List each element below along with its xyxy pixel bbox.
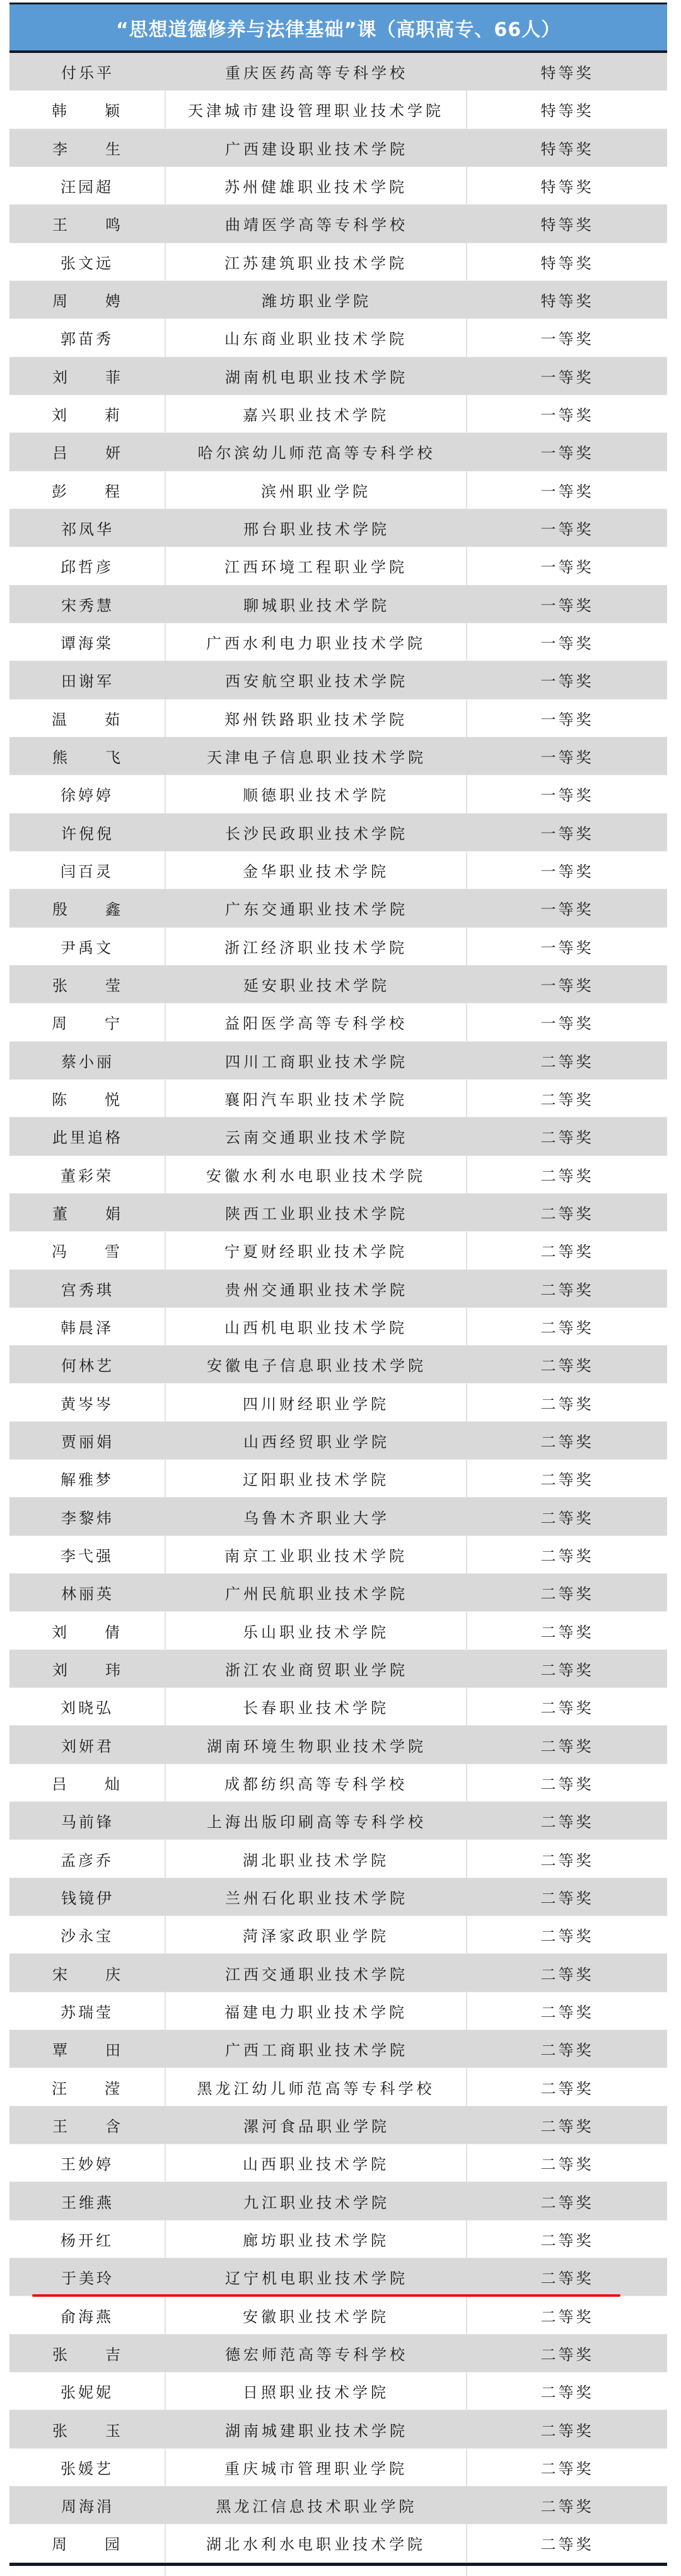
table-row: 徐婷婷顺德职业技术学院一等奖 (9, 775, 667, 813)
table-row: 李 生广西建设职业技术学院特等奖 (9, 129, 667, 167)
winner-name: 刘 玮 (9, 1650, 166, 1687)
award-level: 一等奖 (467, 357, 667, 395)
award-level: 二等奖 (467, 1916, 667, 1953)
award-level: 二等奖 (467, 1156, 667, 1193)
award-level: 二等奖 (467, 2296, 667, 2333)
winner-name: 殷 鑫 (9, 889, 166, 927)
school-name: 安徽水利水电职业技术学院 (166, 1156, 467, 1193)
award-level: 二等奖 (467, 1840, 667, 1877)
award-level: 二等奖 (467, 2335, 667, 2372)
award-level: 特等奖 (467, 91, 667, 128)
school-name: 浙江农业商贸职业学院 (166, 1650, 467, 1687)
school-name: 金华职业技术学院 (166, 852, 467, 889)
award-level: 一等奖 (467, 814, 667, 851)
school-name: 哈尔滨幼儿师范高等专科学校 (166, 433, 467, 470)
school-name: 长沙民政职业技术学院 (166, 814, 467, 851)
table-row: 宋 庆江西交通职业技术学院二等奖 (9, 1954, 667, 1992)
winner-name: 李弋强 (9, 1536, 166, 1573)
winner-name: 汪 滢 (9, 2068, 166, 2105)
winner-name: 张妮妮 (9, 2372, 166, 2410)
table-row: 于美玲辽宁机电职业技术学院二等奖 (9, 2258, 667, 2296)
winner-name: 杨开红 (9, 2221, 166, 2258)
award-level: 二等奖 (467, 1726, 667, 1763)
table-row: 田谢军西安航空职业技术学院一等奖 (9, 661, 667, 699)
school-name: 廊坊职业技术学院 (166, 2221, 467, 2258)
winner-name: 苏瑞莹 (9, 1992, 166, 2030)
table-row: 解雅梦辽阳职业技术学院二等奖 (9, 1460, 667, 1498)
winner-name: 彭 程 (9, 471, 166, 509)
table-title-text: “思想道德修养与法律基础”课（高职高专、66人） (116, 14, 561, 42)
table-row: 马前锋上海出版印刷高等专科学校二等奖 (9, 1802, 667, 1840)
school-name: 九江职业技术学院 (166, 2182, 467, 2219)
school-name: 德宏师范高等专科学校 (166, 2335, 467, 2372)
table-row: 董彩荣安徽水利水电职业技术学院二等奖 (9, 1156, 667, 1194)
winner-name: 祁凤华 (9, 509, 166, 546)
winner-name: 刘 菲 (9, 357, 166, 395)
table-row: 汪园超苏州健雄职业技术学院特等奖 (9, 167, 667, 205)
winner-name: 吕 灿 (9, 1764, 166, 1801)
school-name: 安徽电子信息职业技术学院 (166, 1346, 467, 1383)
award-level: 一等奖 (467, 852, 667, 889)
school-name: 菏泽家政职业学院 (166, 1916, 467, 1953)
winner-name: 解雅梦 (9, 1460, 166, 1497)
table-row: 尹禹文浙江经济职业技术学院一等奖 (9, 928, 667, 966)
winner-name: 周 园 (9, 2524, 166, 2562)
award-level: 二等奖 (467, 1574, 667, 1611)
award-level: 特等奖 (467, 53, 667, 90)
table-row: 吕 妍哈尔滨幼儿师范高等专科学校一等奖 (9, 433, 667, 471)
award-level: 二等奖 (467, 1383, 667, 1421)
school-name: 日照职业技术学院 (166, 2372, 467, 2410)
award-level: 二等奖 (467, 1460, 667, 1497)
winner-name: 谭海棠 (9, 623, 166, 661)
table-row: 刘 莉嘉兴职业技术学院一等奖 (9, 395, 667, 433)
school-name: 四川财经职业学院 (166, 1383, 467, 1421)
winner-name: 张 吉 (9, 2335, 166, 2372)
table-row: 李弋强南京工业职业技术学院二等奖 (9, 1536, 667, 1574)
school-name: 聊城职业技术学院 (166, 586, 467, 623)
winner-name: 王维燕 (9, 2182, 166, 2219)
school-name: 江西环境工程职业学院 (166, 547, 467, 584)
winner-name: 陈 悦 (9, 1080, 166, 1117)
award-level: 二等奖 (467, 1612, 667, 1649)
school-name: 漯河食品职业学院 (166, 2106, 467, 2144)
winner-name: 覃 田 (9, 2030, 166, 2067)
award-level: 特等奖 (467, 167, 667, 204)
winner-name: 许倪倪 (9, 814, 166, 851)
award-level: 二等奖 (467, 2144, 667, 2181)
winner-name: 邱哲彦 (9, 547, 166, 584)
table-row: 周 园湖北水利水电职业技术学院二等奖 (9, 2524, 667, 2562)
table-row: 此里追格云南交通职业技术学院二等奖 (9, 1118, 667, 1155)
table-row: 王 含漯河食品职业学院二等奖 (9, 2106, 667, 2144)
table-row: 钱镜伊兰州石化职业技术学院二等奖 (9, 1878, 667, 1916)
winner-name: 沙永宝 (9, 1916, 166, 1953)
winner-name: 董彩荣 (9, 1156, 166, 1193)
school-name: 福建电力职业技术学院 (166, 1992, 467, 2030)
school-name: 江苏建筑职业技术学院 (166, 243, 467, 280)
winner-name: 俞海燕 (9, 2296, 166, 2333)
award-level: 二等奖 (467, 2030, 667, 2067)
winner-name: 黄岑岑 (9, 1383, 166, 1421)
winner-name: 王 含 (9, 2106, 166, 2144)
table-row: 王 鸣曲靖医学高等专科学校特等奖 (9, 205, 667, 243)
school-name: 广州民航职业技术学院 (166, 1574, 467, 1611)
winner-name: 张 莹 (9, 966, 166, 1003)
winner-name: 王妙婷 (9, 2144, 166, 2181)
school-name: 云南交通职业技术学院 (166, 1118, 467, 1155)
award-level: 二等奖 (467, 2106, 667, 2144)
winner-name: 徐婷婷 (9, 775, 166, 812)
school-name: 广西工商职业技术学院 (166, 2030, 467, 2067)
school-name: 郑州铁路职业技术学院 (166, 700, 467, 737)
table-row: 沙永宝菏泽家政职业学院二等奖 (9, 1916, 667, 1954)
award-level: 一等奖 (467, 509, 667, 546)
winner-name: 于美玲 (9, 2258, 166, 2296)
winner-name: 刘晓弘 (9, 1688, 166, 1725)
table-body: 付乐平重庆医药高等专科学校特等奖韩 颖天津城市建设管理职业技术学院特等奖李 生广… (9, 53, 667, 2563)
table-row: 杨开红廊坊职业技术学院二等奖 (9, 2221, 667, 2258)
winner-name: 吕 妍 (9, 433, 166, 470)
table-row: 韩晨泽山西机电职业技术学院二等奖 (9, 1308, 667, 1346)
school-name: 兰州石化职业技术学院 (166, 1878, 467, 1915)
winner-name: 王 鸣 (9, 205, 166, 242)
table-row: 李黎炜乌鲁木齐职业大学二等奖 (9, 1498, 667, 1535)
table-row: 张媛艺重庆城市管理职业学院二等奖 (9, 2449, 667, 2486)
table-row: 付乐平重庆医药高等专科学校特等奖 (9, 53, 667, 91)
school-name: 广西建设职业技术学院 (166, 129, 467, 166)
school-name: 辽宁机电职业技术学院 (166, 2258, 467, 2296)
winner-name: 李 生 (9, 129, 166, 166)
table-row: 邱哲彦江西环境工程职业学院一等奖 (9, 547, 667, 585)
school-name: 曲靖医学高等专科学校 (166, 205, 467, 242)
table-row: 周海涓黑龙江信息技术职业学院二等奖 (9, 2486, 667, 2524)
school-name: 湖南机电职业技术学院 (166, 357, 467, 395)
winner-name: 宫秀琪 (9, 1270, 166, 1307)
winner-name: 张文远 (9, 243, 166, 280)
school-name: 滨州职业学院 (166, 471, 467, 509)
winner-name: 孟彦乔 (9, 1840, 166, 1877)
table-row: 张 玉湖南城建职业技术学院二等奖 (9, 2410, 667, 2448)
winner-name: 郭苗秀 (9, 319, 166, 356)
winner-name: 周 宁 (9, 1003, 166, 1041)
award-level: 一等奖 (467, 928, 667, 965)
award-level: 一等奖 (467, 966, 667, 1003)
award-table: “思想道德修养与法律基础”课（高职高专、66人） 付乐平重庆医药高等专科学校特等… (9, 3, 667, 2576)
award-level: 二等奖 (467, 1878, 667, 1915)
winner-name: 林丽英 (9, 1574, 166, 1611)
award-level: 二等奖 (467, 1536, 667, 1573)
winner-name: 温 茹 (9, 700, 166, 737)
red-highlight-underline (32, 2294, 620, 2297)
school-name: 乐山职业技术学院 (166, 1612, 467, 1649)
school-name: 广西水利电力职业技术学院 (166, 623, 467, 661)
table-row: 张 莹延安职业技术学院一等奖 (9, 966, 667, 1003)
winner-name: 何林艺 (9, 1346, 166, 1383)
winner-name: 周 娉 (9, 281, 166, 318)
winner-name: 尹禹文 (9, 928, 166, 965)
award-level: 二等奖 (467, 1080, 667, 1117)
tail-cell (9, 2566, 166, 2576)
school-name: 南京工业职业技术学院 (166, 1536, 467, 1573)
award-level: 一等奖 (467, 433, 667, 470)
school-name: 江西交通职业技术学院 (166, 1954, 467, 1991)
table-row: 苏瑞莹福建电力职业技术学院二等奖 (9, 1992, 667, 2030)
table-row: 刘妍君湖南环境生物职业技术学院二等奖 (9, 1726, 667, 1764)
table-row: 俞海燕安徽职业技术学院二等奖 (9, 2296, 667, 2334)
table-row: 韩 颖天津城市建设管理职业技术学院特等奖 (9, 91, 667, 129)
award-level: 一等奖 (467, 1003, 667, 1041)
award-level: 一等奖 (467, 319, 667, 356)
school-name: 益阳医学高等专科学校 (166, 1003, 467, 1041)
award-level: 二等奖 (467, 1042, 667, 1079)
award-level: 一等奖 (467, 700, 667, 737)
winner-name: 田谢军 (9, 661, 166, 698)
award-level: 二等奖 (467, 1688, 667, 1725)
table-row: 周 宁益阳医学高等专科学校一等奖 (9, 1003, 667, 1041)
award-level: 一等奖 (467, 586, 667, 623)
winner-name: 周海涓 (9, 2486, 166, 2524)
winner-name: 韩晨泽 (9, 1308, 166, 1345)
tail-cell (166, 2566, 467, 2576)
school-name: 西安航空职业技术学院 (166, 661, 467, 698)
tail-cell (467, 2566, 667, 2576)
table-row: 张 吉德宏师范高等专科学校二等奖 (9, 2335, 667, 2372)
table-row: 林丽英广州民航职业技术学院二等奖 (9, 1574, 667, 1612)
winner-name: 汪园超 (9, 167, 166, 204)
table-row: 陈 悦襄阳汽车职业技术学院二等奖 (9, 1080, 667, 1118)
award-level: 二等奖 (467, 2258, 667, 2296)
school-name: 乌鲁木齐职业大学 (166, 1498, 467, 1535)
school-name: 宁夏财经职业技术学院 (166, 1232, 467, 1269)
school-name: 山东商业职业技术学院 (166, 319, 467, 356)
winner-name: 冯 雪 (9, 1232, 166, 1269)
award-level: 二等奖 (467, 1232, 667, 1269)
table-row: 孟彦乔湖北职业技术学院二等奖 (9, 1840, 667, 1878)
winner-name: 董 娟 (9, 1194, 166, 1231)
award-level: 一等奖 (467, 661, 667, 698)
school-name: 湖南城建职业技术学院 (166, 2410, 467, 2447)
school-name: 贵州交通职业技术学院 (166, 1270, 467, 1307)
table-row: 谭海棠广西水利电力职业技术学院一等奖 (9, 623, 667, 661)
school-name: 苏州健雄职业技术学院 (166, 167, 467, 204)
award-level: 二等奖 (467, 1954, 667, 1991)
award-level: 二等奖 (467, 2449, 667, 2486)
winner-name: 马前锋 (9, 1802, 166, 1839)
table-row: 黄岑岑四川财经职业学院二等奖 (9, 1383, 667, 1421)
table-tail (9, 2566, 667, 2576)
table-row: 周 娉潍坊职业学院特等奖 (9, 281, 667, 319)
award-level: 二等奖 (467, 1270, 667, 1307)
school-name: 辽阳职业技术学院 (166, 1460, 467, 1497)
school-name: 潍坊职业学院 (166, 281, 467, 318)
winner-name: 闫百灵 (9, 852, 166, 889)
award-level: 二等奖 (467, 1650, 667, 1687)
winner-name: 刘妍君 (9, 1726, 166, 1763)
winner-name: 宋 庆 (9, 1954, 166, 1991)
table-row: 温 茹郑州铁路职业技术学院一等奖 (9, 700, 667, 737)
table-row: 闫百灵金华职业技术学院一等奖 (9, 852, 667, 889)
award-level: 一等奖 (467, 623, 667, 661)
winner-name: 熊 飞 (9, 737, 166, 775)
school-name: 安徽职业技术学院 (166, 2296, 467, 2333)
table-row: 吕 灿成都纺织高等专科学校二等奖 (9, 1764, 667, 1802)
school-name: 广东交通职业技术学院 (166, 889, 467, 927)
award-level: 二等奖 (467, 1194, 667, 1231)
award-level: 二等奖 (467, 1118, 667, 1155)
school-name: 襄阳汽车职业技术学院 (166, 1080, 467, 1117)
table-row: 张妮妮日照职业技术学院二等奖 (9, 2372, 667, 2410)
award-level: 一等奖 (467, 775, 667, 812)
winner-name: 付乐平 (9, 53, 166, 90)
winner-name: 蔡小丽 (9, 1042, 166, 1079)
school-name: 嘉兴职业技术学院 (166, 395, 467, 432)
award-level: 二等奖 (467, 1764, 667, 1801)
award-level: 特等奖 (467, 205, 667, 242)
table-row: 刘 倩乐山职业技术学院二等奖 (9, 1612, 667, 1649)
award-level: 二等奖 (467, 2221, 667, 2258)
school-name: 山西经贸职业学院 (166, 1422, 467, 1459)
school-name: 天津城市建设管理职业技术学院 (166, 91, 467, 128)
winner-name: 宋秀慧 (9, 586, 166, 623)
table-row: 郭苗秀山东商业职业技术学院一等奖 (9, 319, 667, 357)
table-row: 何林艺安徽电子信息职业技术学院二等奖 (9, 1346, 667, 1383)
school-name: 天津电子信息职业技术学院 (166, 737, 467, 775)
table-row: 宋秀慧聊城职业技术学院一等奖 (9, 586, 667, 623)
award-level: 一等奖 (467, 889, 667, 927)
school-name: 重庆城市管理职业学院 (166, 2449, 467, 2486)
award-level: 二等奖 (467, 1346, 667, 1383)
award-level: 二等奖 (467, 2410, 667, 2447)
award-level: 二等奖 (467, 2372, 667, 2410)
award-level: 特等奖 (467, 129, 667, 166)
table-row: 祁凤华邢台职业技术学院一等奖 (9, 509, 667, 547)
school-name: 上海出版印刷高等专科学校 (166, 1802, 467, 1839)
award-level: 一等奖 (467, 737, 667, 775)
award-level: 二等奖 (467, 2182, 667, 2219)
award-level: 二等奖 (467, 1992, 667, 2030)
award-level: 一等奖 (467, 547, 667, 584)
table-row: 宫秀琪贵州交通职业技术学院二等奖 (9, 1270, 667, 1308)
table-row: 王妙婷山西职业技术学院二等奖 (9, 2144, 667, 2182)
table-row: 蔡小丽四川工商职业技术学院二等奖 (9, 1042, 667, 1080)
school-name: 延安职业技术学院 (166, 966, 467, 1003)
school-name: 顺德职业技术学院 (166, 775, 467, 812)
school-name: 陕西工业职业技术学院 (166, 1194, 467, 1231)
school-name: 长春职业技术学院 (166, 1688, 467, 1725)
table-row: 汪 滢黑龙江幼儿师范高等专科学校二等奖 (9, 2068, 667, 2106)
table-row: 刘 玮浙江农业商贸职业学院二等奖 (9, 1650, 667, 1688)
award-level: 二等奖 (467, 1422, 667, 1459)
school-name: 邢台职业技术学院 (166, 509, 467, 546)
table-row: 熊 飞天津电子信息职业技术学院一等奖 (9, 737, 667, 775)
winner-name: 刘 莉 (9, 395, 166, 432)
table-row: 王维燕九江职业技术学院二等奖 (9, 2182, 667, 2220)
winner-name: 李黎炜 (9, 1498, 166, 1535)
school-name: 山西机电职业技术学院 (166, 1308, 467, 1345)
school-name: 成都纺织高等专科学校 (166, 1764, 467, 1801)
winner-name: 张媛艺 (9, 2449, 166, 2486)
school-name: 重庆医药高等专科学校 (166, 53, 467, 90)
award-level: 二等奖 (467, 2524, 667, 2562)
school-name: 黑龙江幼儿师范高等专科学校 (166, 2068, 467, 2105)
school-name: 湖北水利水电职业技术学院 (166, 2524, 467, 2562)
table-row: 张文远江苏建筑职业技术学院特等奖 (9, 243, 667, 281)
winner-name: 张 玉 (9, 2410, 166, 2447)
school-name: 山西职业技术学院 (166, 2144, 467, 2181)
table-row: 冯 雪宁夏财经职业技术学院二等奖 (9, 1232, 667, 1269)
table-row: 刘 菲湖南机电职业技术学院一等奖 (9, 357, 667, 395)
award-level: 一等奖 (467, 471, 667, 509)
award-level: 二等奖 (467, 1802, 667, 1839)
award-level: 二等奖 (467, 1308, 667, 1345)
award-level: 二等奖 (467, 2486, 667, 2524)
award-level: 一等奖 (467, 395, 667, 432)
table-row: 董 娟陕西工业职业技术学院二等奖 (9, 1194, 667, 1232)
school-name: 浙江经济职业技术学院 (166, 928, 467, 965)
school-name: 四川工商职业技术学院 (166, 1042, 467, 1079)
table-row: 贾丽娟山西经贸职业学院二等奖 (9, 1422, 667, 1460)
table-row: 覃 田广西工商职业技术学院二等奖 (9, 2030, 667, 2068)
table-title: “思想道德修养与法律基础”课（高职高专、66人） (9, 4, 667, 50)
award-level: 特等奖 (467, 243, 667, 280)
table-row: 刘晓弘长春职业技术学院二等奖 (9, 1688, 667, 1726)
award-level: 二等奖 (467, 1498, 667, 1535)
winner-name: 此里追格 (9, 1118, 166, 1155)
winner-name: 贾丽娟 (9, 1422, 166, 1459)
school-name: 湖南环境生物职业技术学院 (166, 1726, 467, 1763)
school-name: 黑龙江信息技术职业学院 (166, 2486, 467, 2524)
table-row: 许倪倪长沙民政职业技术学院一等奖 (9, 814, 667, 852)
winner-name: 韩 颖 (9, 91, 166, 128)
school-name: 湖北职业技术学院 (166, 1840, 467, 1877)
table-row: 彭 程滨州职业学院一等奖 (9, 471, 667, 509)
winner-name: 钱镜伊 (9, 1878, 166, 1915)
award-level: 二等奖 (467, 2068, 667, 2105)
award-level: 特等奖 (467, 281, 667, 318)
winner-name: 刘 倩 (9, 1612, 166, 1649)
table-row: 殷 鑫广东交通职业技术学院一等奖 (9, 889, 667, 927)
